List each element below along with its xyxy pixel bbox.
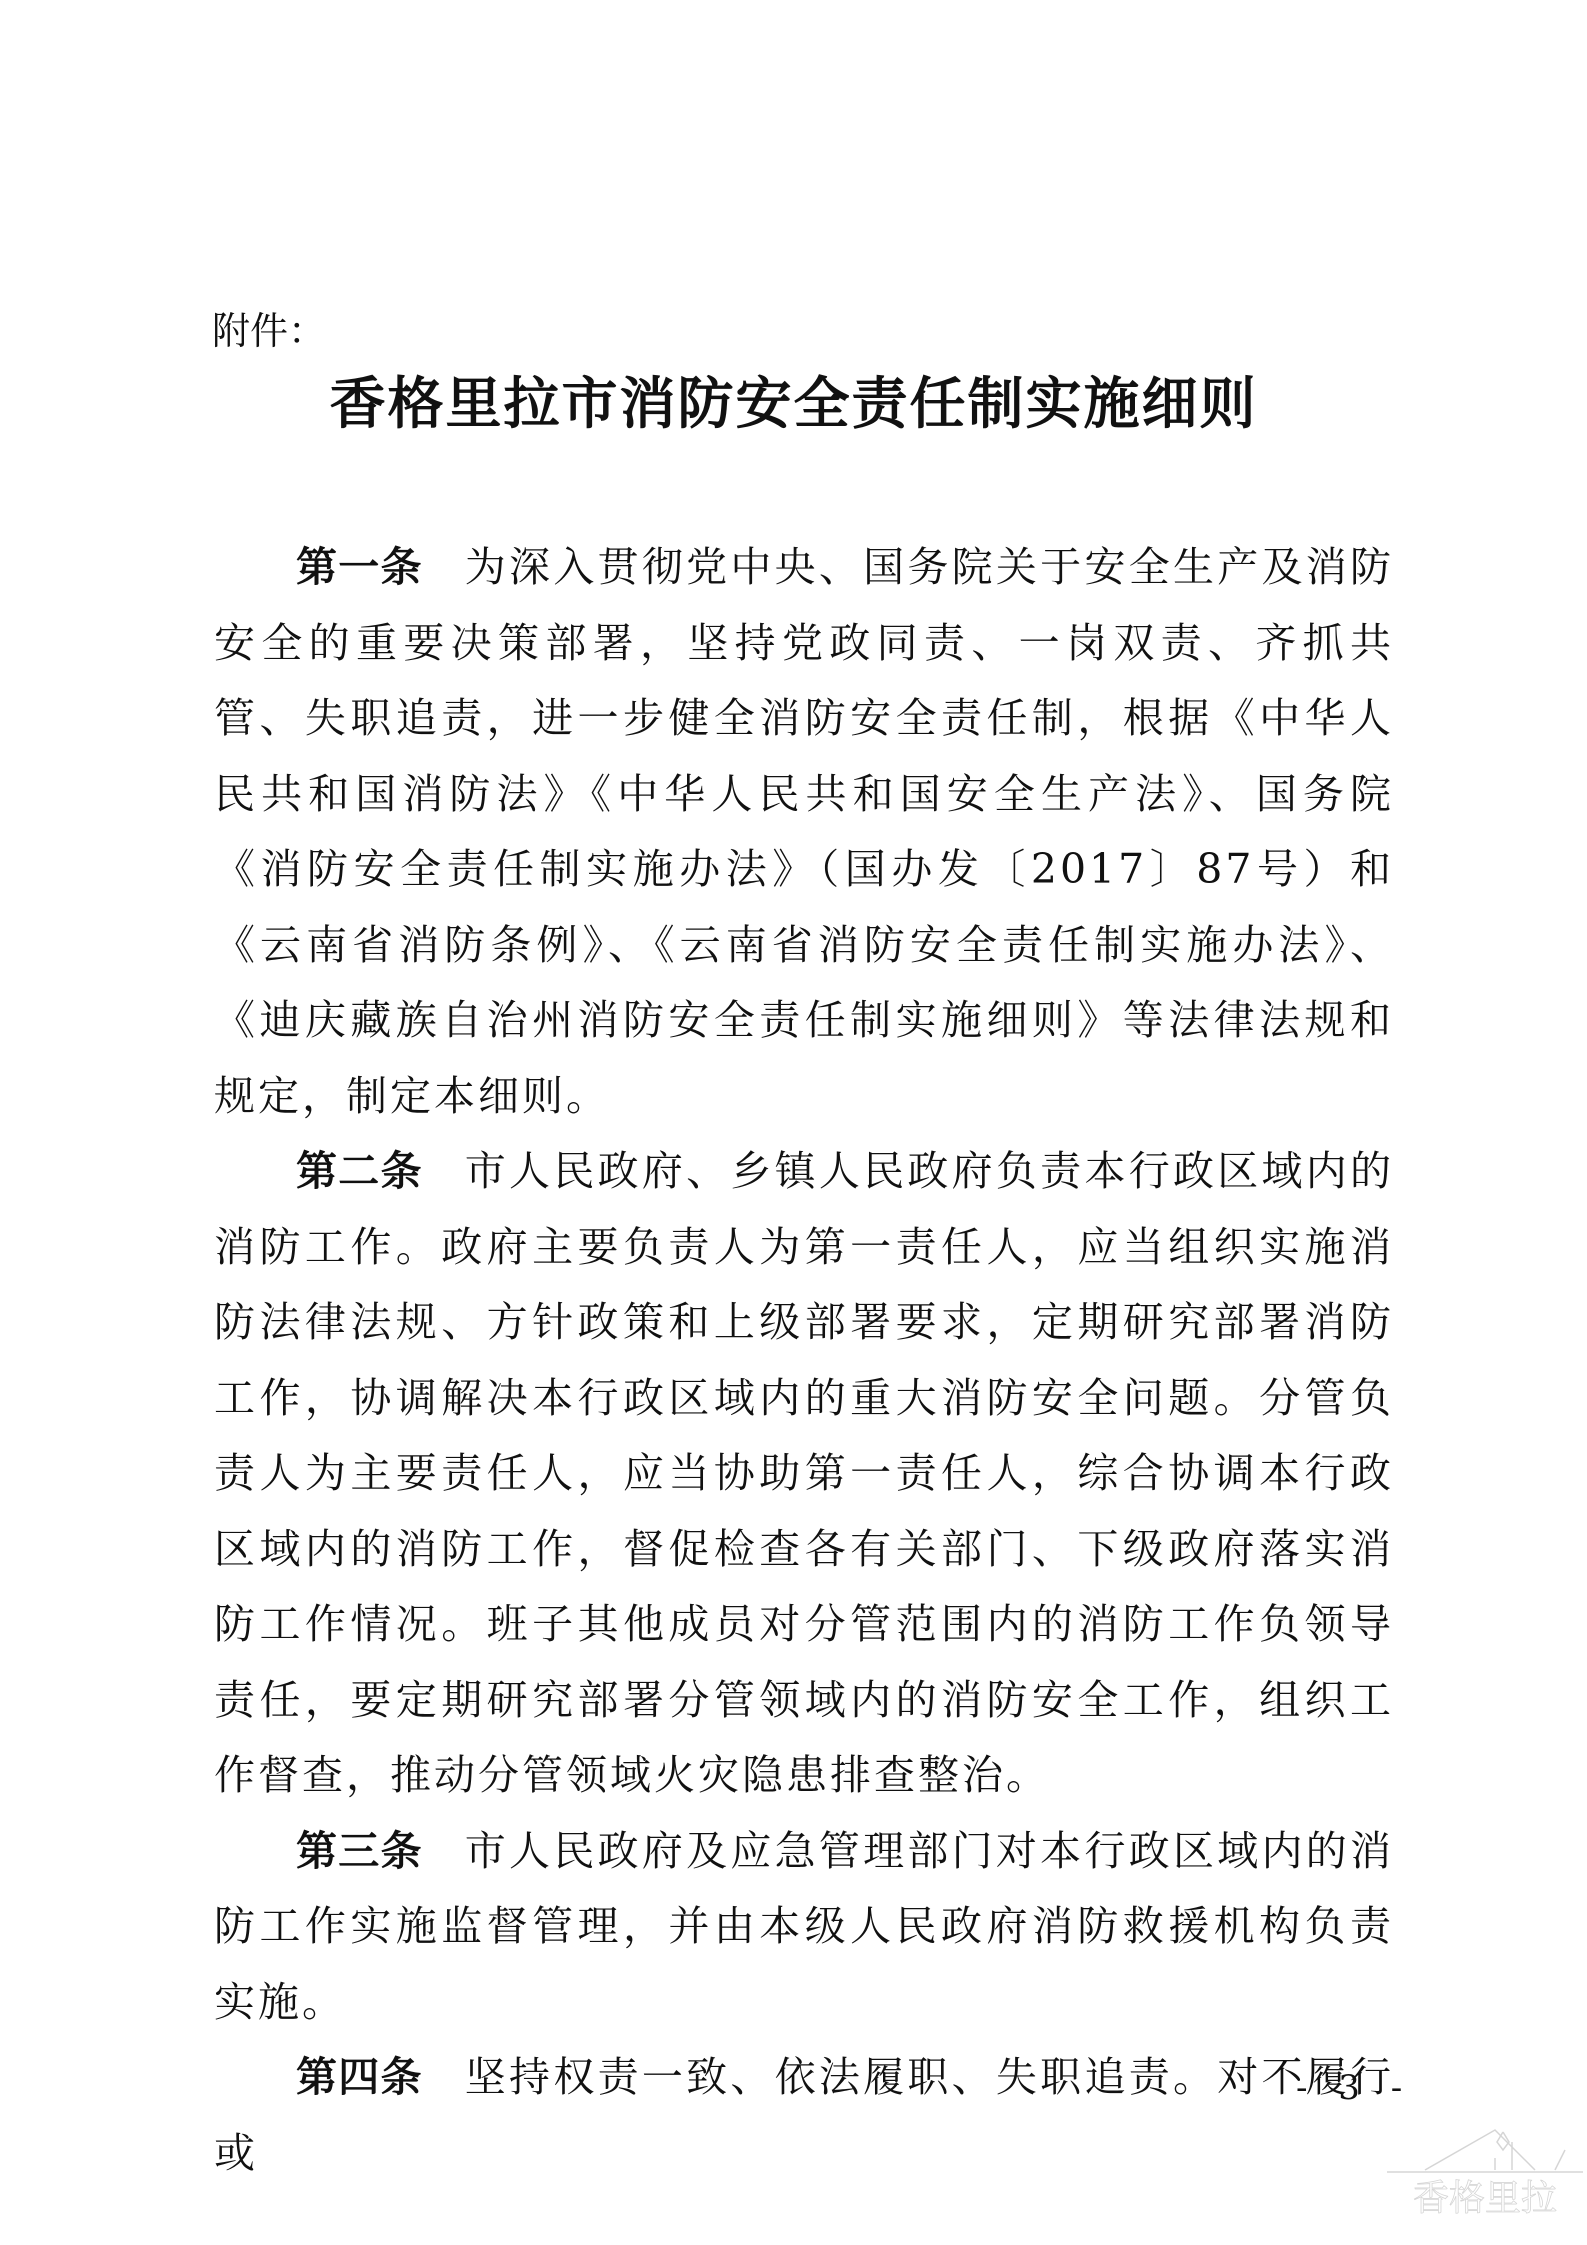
- document-body: 第一条为深入贯彻党中央、国务院关于安全生产及消防安全的重要决策部署，坚持党政同责…: [214, 530, 1394, 2191]
- article-number: 第二条: [296, 1147, 423, 1195]
- article-2: 第二条市人民政府、乡镇人民政府负责本行政区域内的消防工作。政府主要负责人为第一责…: [214, 1134, 1394, 1814]
- article-number: 第一条: [296, 543, 423, 591]
- shangri-la-logo-icon: 香格里拉: [1385, 2128, 1585, 2245]
- article-1: 第一条为深入贯彻党中央、国务院关于安全生产及消防安全的重要决策部署，坚持党政同责…: [214, 530, 1394, 1134]
- article-4: 第四条坚持权责一致、依法履职、失职追责。对不履行或: [214, 2040, 1394, 2191]
- article-number: 第三条: [296, 1827, 423, 1875]
- article-text: 为深入贯彻党中央、国务院关于安全生产及消防安全的重要决策部署，坚持党政同责、一岗…: [214, 543, 1394, 1120]
- document-title: 香格里拉市消防安全责任制实施细则: [0, 360, 1587, 440]
- watermark-text: 香格里拉: [1413, 2178, 1557, 2219]
- article-3: 第三条市人民政府及应急管理部门对本行政区域内的消防工作实施监督管理，并由本级人民…: [214, 1814, 1394, 2041]
- page-number: - 3 -: [1296, 2068, 1412, 2108]
- article-text: 市人民政府、乡镇人民政府负责本行政区域内的消防工作。政府主要负责人为第一责任人，…: [214, 1147, 1394, 1799]
- attachment-label: 附件：: [212, 300, 326, 355]
- article-number: 第四条: [296, 2053, 423, 2101]
